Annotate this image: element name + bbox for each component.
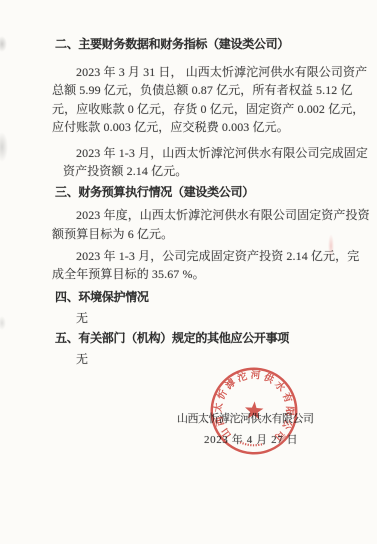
official-seal: 山西太忻滹沱河供水有限公司 [207, 364, 301, 458]
seal-serial-marks [240, 442, 263, 446]
heading-environmental-protection: 四、环境保护情况 [55, 291, 149, 304]
scan-smudge-artifact [0, 316, 6, 330]
financial-data-text-line: 2023 年 3 月 31 日， 山西太忻滹沱河供水有限公司资产 [76, 66, 367, 79]
scanned-document-page: 二、主要财务数据和财务指标（建设类公司） 2023 年 3 月 31 日， 山西… [0, 0, 377, 544]
financial-data-text-line: 总额 5.99 亿元，负债总额 0.87 亿元，所有者权益 5.12 亿 [52, 84, 353, 97]
investment-completion-text-line: 资产投资额 2.14 亿元。 [63, 165, 187, 178]
scan-smudge-artifact [0, 132, 8, 162]
budget-completion-text-line: 成全年预算目标的 35.67 %。 [52, 268, 205, 281]
budget-completion-text-line: 2023 年 1-3 月，公司完成固定资产投资 2.14 亿元，完 [76, 250, 359, 263]
heading-other-disclosure: 五、有关部门（机构）规定的其他应公开事项 [55, 332, 289, 345]
heading-main-financial-data: 二、主要财务数据和财务指标（建设类公司） [55, 38, 289, 51]
environmental-none-text: 无 [76, 312, 88, 325]
financial-data-text-line: 元，应收账款 0 亿元，存货 0 亿元，固定资产 0.002 亿元， [52, 103, 364, 116]
budget-target-text-line: 2023 年度，山西太忻滹沱河供水有限公司固定资产投资 [76, 209, 370, 222]
budget-target-text-line: 额预算目标为 6 亿元。 [52, 228, 173, 241]
scan-smudge-artifact [0, 36, 7, 52]
heading-budget-execution: 三、财务预算执行情况（建设类公司） [55, 186, 254, 199]
seal-star-icon [244, 401, 264, 420]
investment-completion-text-line: 2023 年 1-3 月，山西太忻滹沱河供水有限公司完成固定 [76, 147, 368, 160]
financial-data-text-line: 应付账款 0.003 亿元，应交税费 0.003 亿元。 [52, 121, 289, 134]
other-none-text: 无 [76, 353, 88, 366]
